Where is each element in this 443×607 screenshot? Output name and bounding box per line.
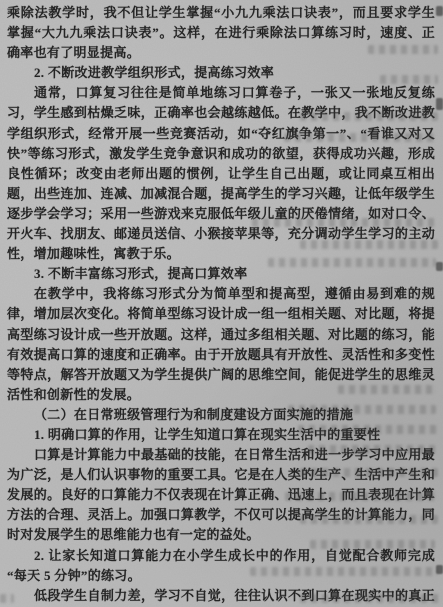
text-line: （二）在日常班级管理行为和制度建设方面实施的措施: [7, 405, 435, 425]
text-line: 有效提高口算的速度和正确率。由于开放题具有开放性、灵活性和多变性: [7, 345, 435, 365]
text-line: 掌握“大九九乘法口诀表”。这样，在进行乘除法口算练习时，速度、正: [7, 23, 435, 43]
text-line: 为广泛，是人们认识事物的重要工具。它是在人类的生产、生活中产生和: [7, 465, 435, 485]
text-line: 乘除法教学时，我不但让学生掌握“小九九乘法口诀表”，而且要求学生: [7, 3, 435, 23]
text-line: 方法的合理、灵活上。加强口算教学，不仅可以提高学生的计算能力，同: [7, 505, 435, 525]
text-line: 题，出些连加、连减、加减混合题，提高学生的学习兴趣，让低年级学生: [7, 184, 435, 204]
document-page: 乘除法教学时，我不但让学生掌握“小九九乘法口诀表”，而且要求学生掌握“大九九乘法…: [0, 0, 443, 607]
text-line: 性，增加趣味性，寓教于乐。: [7, 244, 435, 264]
text-line: 等特点，解答开放题又为学生提供广阔的思维空间，能促进学生的思维灵: [7, 365, 435, 385]
text-block: 乘除法教学时，我不但让学生掌握“小九九乘法口诀表”，而且要求学生掌握“大九九乘法…: [0, 0, 443, 606]
text-line: 习，学生感到枯燥乏味，正确率也会越练越低。在教学中，我不断改进教: [7, 103, 435, 123]
text-line: 发展的。良好的口算能力不仅表现在计算正确、迅速上，而且表现在计算: [7, 485, 435, 505]
text-line: 开火车、找朋友、邮递员送信、小猴接苹果等，充分调动学生学习的主动: [7, 224, 435, 244]
text-line: 时对发展学生的思维能力也有一定的益处。: [7, 525, 435, 545]
text-line: 3. 不断丰富练习形式，提高口算效率: [7, 264, 435, 284]
text-line: 2. 让家长知道口算能力在小学生成长中的作用，自觉配合教师完成: [7, 546, 435, 566]
text-line: 低段学生自制力差，学习不自觉，往往认识不到口算在现实中的真正: [7, 586, 435, 606]
text-line: 口算是计算能力中最基础的技能，在日常生活和进一步学习中应用最: [7, 445, 435, 465]
text-line: 通常，口算复习往往是简单地练习口算卷子，一张又一张地反复练: [7, 83, 435, 103]
text-line: “每天 5 分钟”的练习。: [7, 566, 435, 586]
text-line: 逐步学会学习；采用一些游戏来克服低年级儿童的厌倦情绪，如对口令、: [7, 204, 435, 224]
text-line: 1. 明确口算的作用，让学生知道口算在现实生活中的重要性: [7, 425, 435, 445]
text-line: 良性循环；改变由老师出题的惯例，让学生自己出题，或让同桌互相出: [7, 164, 435, 184]
text-line: 2. 不断改进教学组织形式，提高练习效率: [7, 63, 435, 83]
text-line: 快”等练习形式，激发学生竞争意识和成功的欲望，获得成功兴趣，形成: [7, 144, 435, 164]
text-line: 活性和创新性的发展。: [7, 385, 435, 405]
text-line: 律，增加层次变化。将简单型练习设计成一组一组相关题、对比题，将提: [7, 304, 435, 324]
text-line: 学组织形式，经常开展一些竞赛活动，如“夺红旗争第一”、“看谁又对又: [7, 124, 435, 144]
text-line: 确率也有了明显提高。: [7, 43, 435, 63]
text-line: 高型练习设计成一些开放题。这样，通过多组相关题、对比题的练习，能: [7, 325, 435, 345]
text-line: 在教学中，我将练习形式分为简单型和提高型，遵循由易到难的规: [7, 284, 435, 304]
